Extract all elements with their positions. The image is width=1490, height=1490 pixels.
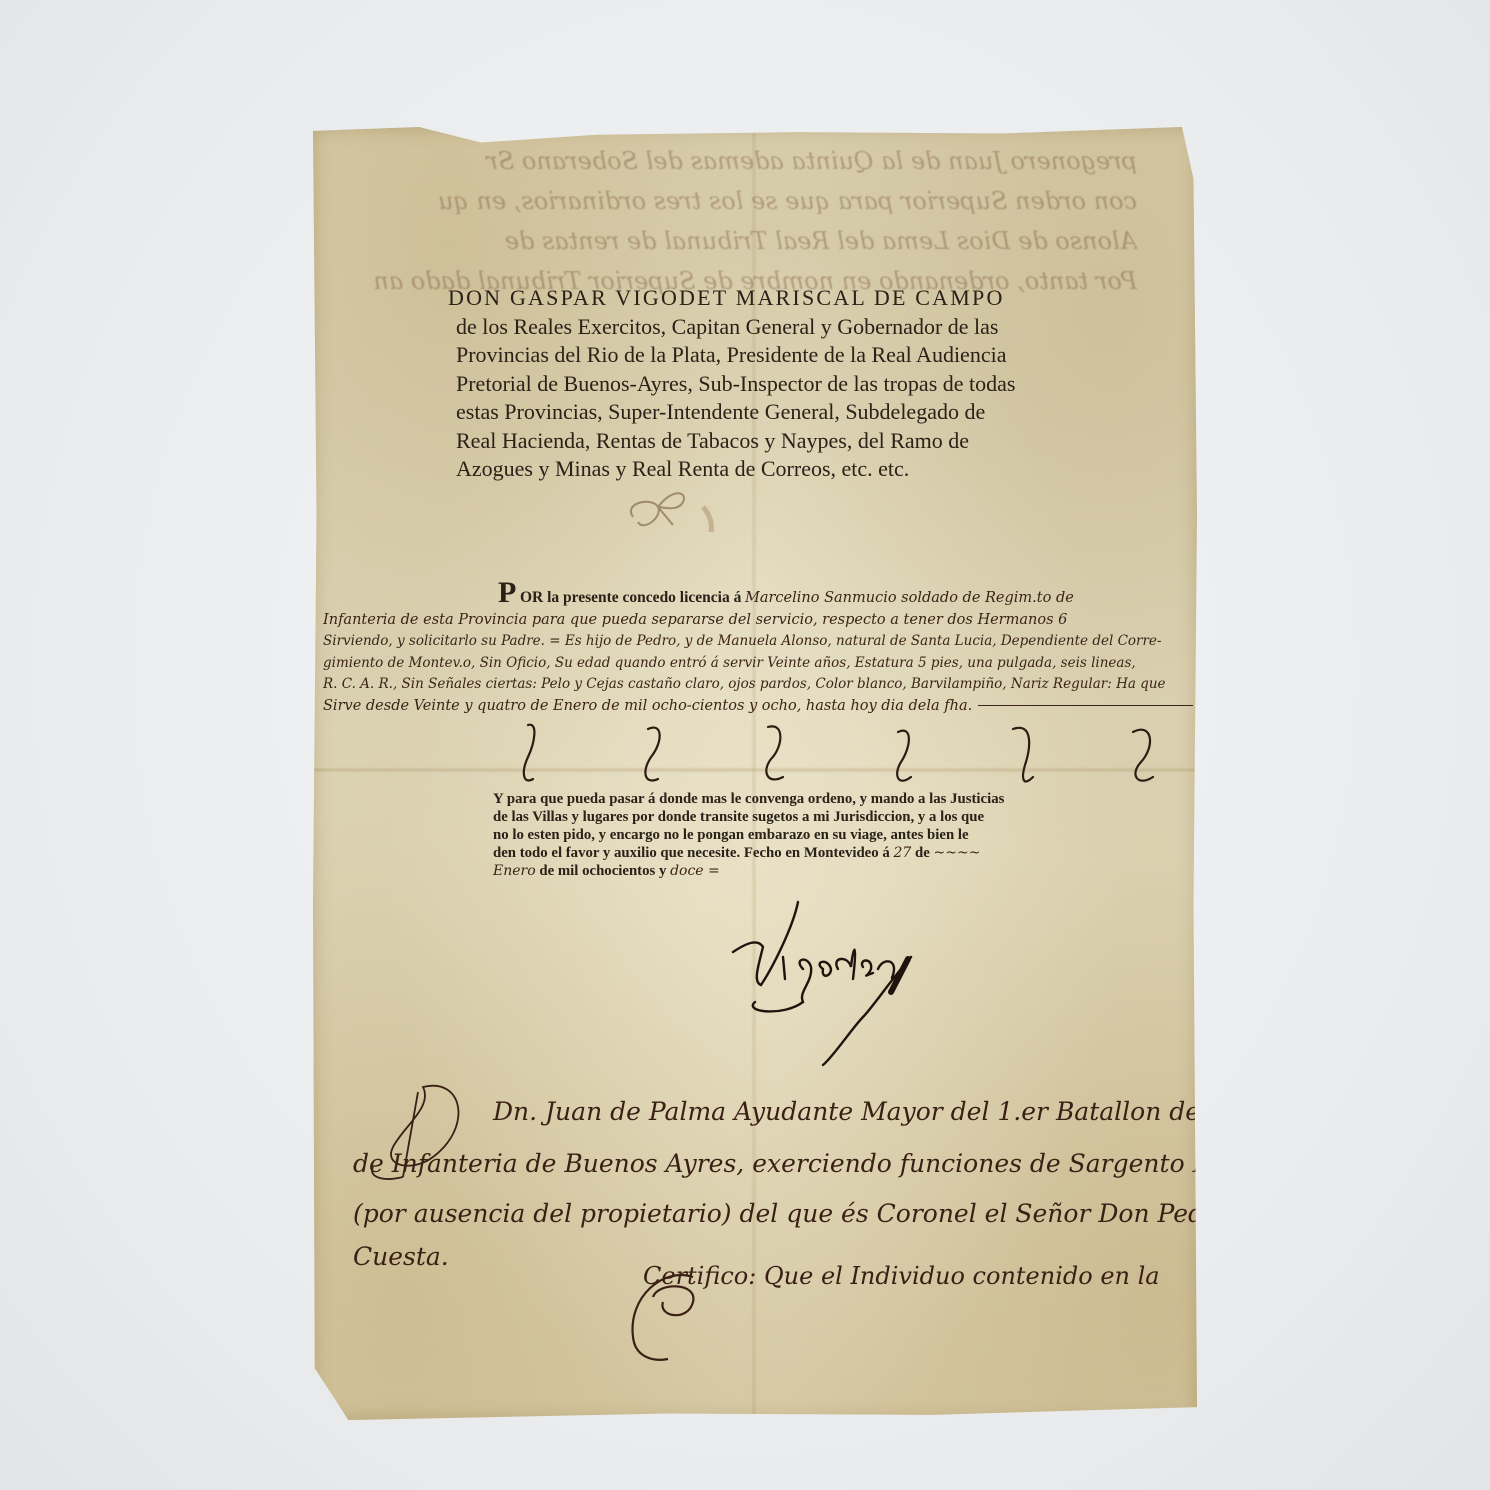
blank-space-squiggles bbox=[493, 717, 1173, 787]
cert-line: Cuesta. bbox=[353, 1242, 449, 1271]
date-day: 27 bbox=[893, 845, 911, 861]
service-since-text: Sirve desde Veinte y quatro de Enero de … bbox=[323, 698, 972, 714]
date-month: Enero bbox=[493, 863, 536, 879]
header-line: estas Provincias, Super-Intendente Gener… bbox=[456, 398, 1078, 427]
order-line: Y para que pueda pasar á donde mas le co… bbox=[493, 790, 1083, 808]
licence-opening: OR la presente concedo licencia á bbox=[520, 589, 741, 606]
handwritten-line: Sirviendo, y solicitarlo su Padre. = Es … bbox=[323, 631, 1193, 653]
bleed-line: con orden Superior para que se los tres … bbox=[373, 181, 1137, 221]
header-line: de los Reales Exercitos, Capitan General… bbox=[456, 313, 1078, 342]
flourish: ~~~~ bbox=[934, 845, 981, 861]
handwritten-line: R. C. A. R., Sin Señales ciertas: Pelo y… bbox=[323, 674, 1193, 696]
faded-seal-mark bbox=[613, 477, 733, 537]
licence-body: P OR la presente concedo licencia á Marc… bbox=[323, 582, 1193, 717]
header-line: Azogues y Minas y Real Renta de Correos,… bbox=[456, 455, 1078, 484]
handwritten-line: gimiento de Montev.o, Sin Oficio, Su eda… bbox=[323, 653, 1193, 675]
order-line: no lo esten pido, y encargo no le pongan… bbox=[493, 826, 1083, 844]
date-year-printed: de mil ochocientos y bbox=[539, 863, 666, 879]
signature-vigodet bbox=[713, 897, 953, 1067]
cert-line: (por ausencia del propietario) del que é… bbox=[353, 1199, 1293, 1228]
order-line: Enero de mil ochocientos y doce = bbox=[493, 862, 1083, 880]
date-de: de bbox=[915, 845, 930, 861]
soldier-name-line: Marcelino Sanmucio soldado de Regim.to d… bbox=[745, 590, 1074, 606]
order-line: den todo el favor y auxilio que necesite… bbox=[493, 844, 1083, 862]
line-filler-rule bbox=[978, 705, 1193, 706]
handwritten-line: Infanteria de esta Provincia para que pu… bbox=[323, 610, 1193, 632]
header-line: Real Hacienda, Rentas de Tabacos y Naype… bbox=[456, 427, 1078, 456]
order-line: de las Villas y lugares por donde transi… bbox=[493, 808, 1083, 826]
header-line: Pretorial de Buenos-Ayres, Sub-Inspector… bbox=[456, 370, 1078, 399]
bleed-line: Alonso de Dios Lema del Real Tribunal de… bbox=[373, 221, 1137, 261]
header-line: Provincias del Rio de la Plata, Presiden… bbox=[456, 341, 1078, 370]
header-title: DON GASPAR VIGODET MARISCAL DE CAMPO bbox=[448, 284, 1078, 313]
bleed-line: pregonero Juan de la Quinta ademas del S… bbox=[373, 141, 1137, 181]
printed-header: DON GASPAR VIGODET MARISCAL DE CAMPO de … bbox=[448, 284, 1078, 484]
order-line-text: den todo el favor y auxilio que necesite… bbox=[493, 845, 890, 861]
certifico-line: Certifico: Que el Individuo contenido en… bbox=[643, 1262, 1160, 1290]
document-sheet: pregonero Juan de la Quinta ademas del S… bbox=[313, 127, 1197, 1420]
date-year-hand: doce = bbox=[670, 863, 720, 879]
cert-line: de Infanteria de Buenos Ayres, exerciend… bbox=[353, 1149, 1274, 1178]
drop-cap: P bbox=[498, 576, 516, 609]
printed-order: Y para que pueda pasar á donde mas le co… bbox=[493, 790, 1083, 880]
handwritten-line: Sirve desde Veinte y quatro de Enero de … bbox=[323, 696, 1193, 718]
ink-bleed-through: pregonero Juan de la Quinta ademas del S… bbox=[313, 127, 1197, 301]
